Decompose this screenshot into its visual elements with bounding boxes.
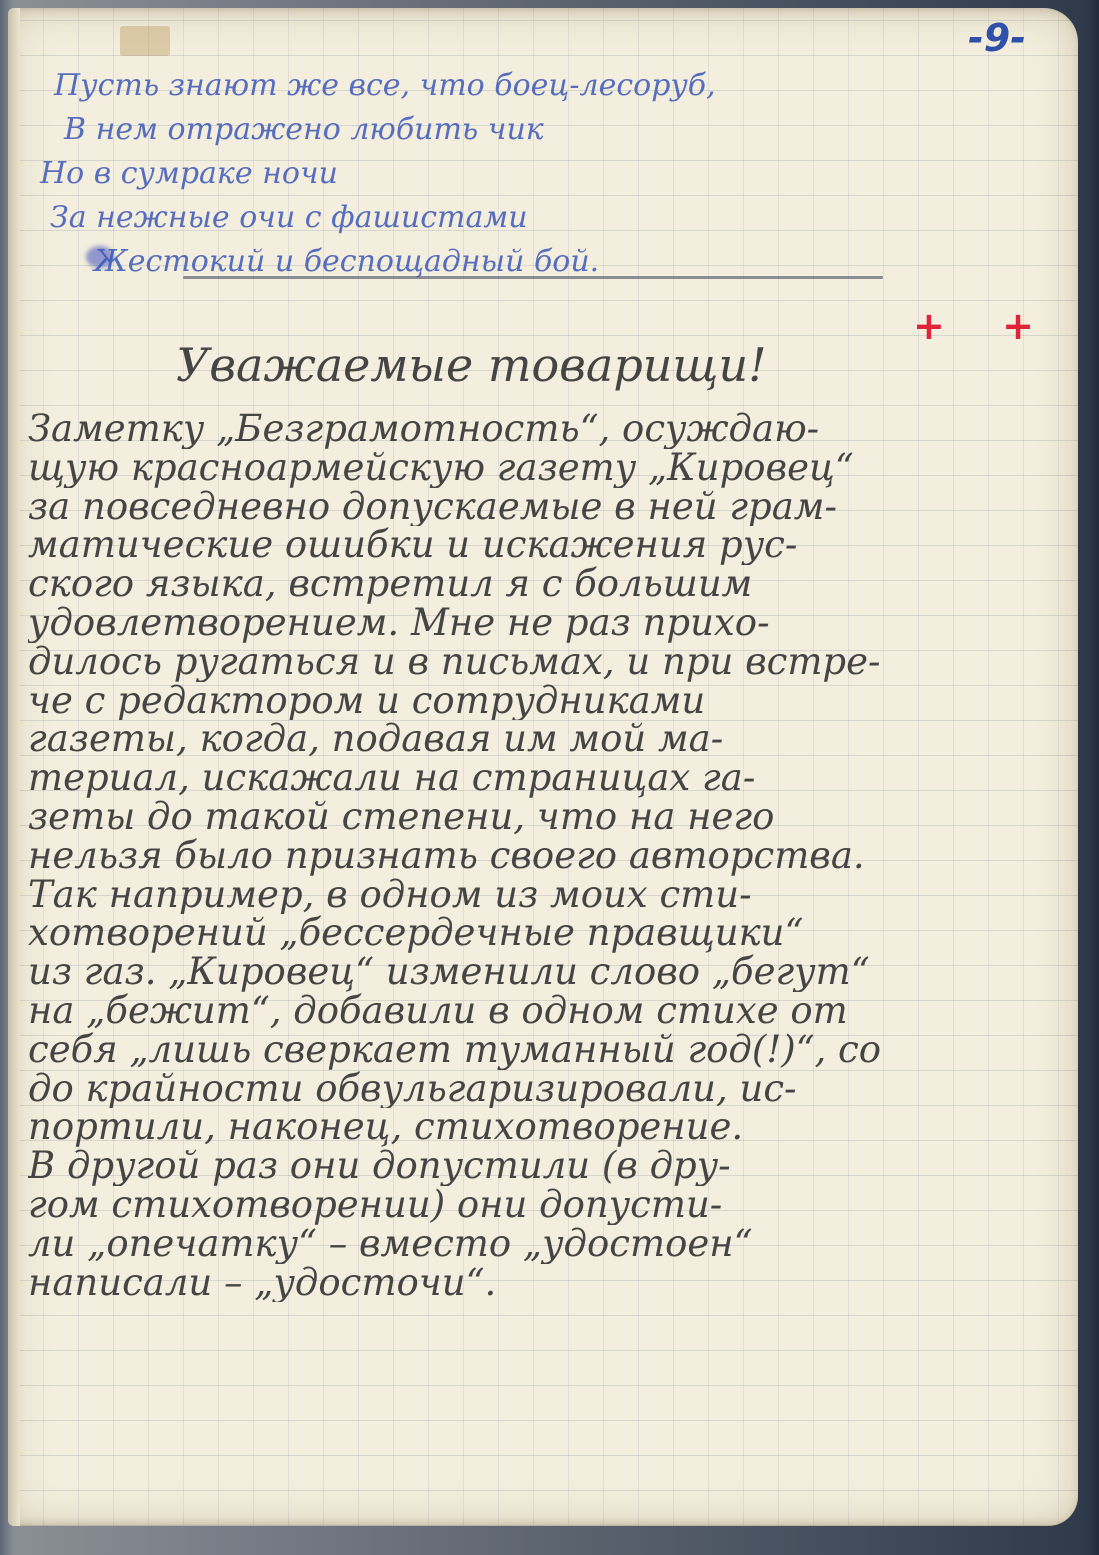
letter-line: гом стихотворении) они допусти- (28, 1186, 1093, 1225)
blue-ink-line: Но в сумраке ночи (40, 152, 1050, 196)
letter-line: щую красноармейскую газету „Кировец“ (28, 449, 1093, 488)
blue-ink-line: В нем отражено любить чик (64, 108, 1050, 152)
letter-line: портили, наконец, стихотворение. (28, 1108, 1093, 1147)
letter-line: ского языка, встретил я с большим (28, 565, 1093, 604)
letter-line: нельзя было признать своего авторства. (28, 837, 1093, 876)
letter-line: до крайности обвульгаризировали, ис- (28, 1070, 1093, 1109)
pencil-letter: Уважаемые товарищи! Заметку „Безграмотно… (28, 338, 1093, 1302)
notebook-page: -9- Пусть знают же все, что боец-лесоруб… (8, 8, 1078, 1526)
letter-line: за повседневно допускаемые в ней грам- (28, 488, 1093, 527)
section-divider (183, 276, 883, 279)
blue-ink-line: Пусть знают же все, что боец-лесоруб, (54, 64, 1050, 108)
letter-salutation: Уважаемые товарищи! (176, 338, 1093, 392)
letter-line: зеты до такой степени, что на него (28, 798, 1093, 837)
letter-line: хотворений „бессердечные правщики“ (28, 914, 1093, 953)
letter-line: В другой раз они допустили (в дру- (28, 1147, 1093, 1186)
paper-stain (120, 26, 170, 56)
letter-line: себя „лишь сверкает туманный год(!)“, со (28, 1031, 1093, 1070)
page-number: -9- (968, 16, 1026, 60)
letter-line: Заметку „Безграмотность“, осуждаю- (28, 410, 1093, 449)
letter-line: териал, искажали на страницах га- (28, 759, 1093, 798)
letter-line: на „бежит“, добавили в одном стихе от (28, 992, 1093, 1031)
letter-line: из газ. „Кировец“ изменили слово „бегут“ (28, 953, 1093, 992)
page-binding-edge (8, 8, 20, 1526)
letter-line: ли „опечатку“ – вместо „удостоен“ (28, 1225, 1093, 1264)
blue-ink-poem: Пусть знают же все, что боец-лесоруб, В … (40, 64, 1050, 284)
letter-line: че с редактором и сотрудниками (28, 682, 1093, 721)
letter-line: дилось ругаться и в письмах, и при встре… (28, 643, 1093, 682)
letter-line: газеты, когда, подавая им мой ма- (28, 720, 1093, 759)
letter-line: матические ошибки и искажения рус- (28, 526, 1093, 565)
letter-line: написали – „удосточи“. (28, 1264, 1093, 1303)
letter-line: Так например, в одном из моих сти- (28, 876, 1093, 915)
blue-ink-line: За нежные очи с фашистами (50, 196, 1050, 240)
letter-line: удовлетворением. Мне не раз прихо- (28, 604, 1093, 643)
